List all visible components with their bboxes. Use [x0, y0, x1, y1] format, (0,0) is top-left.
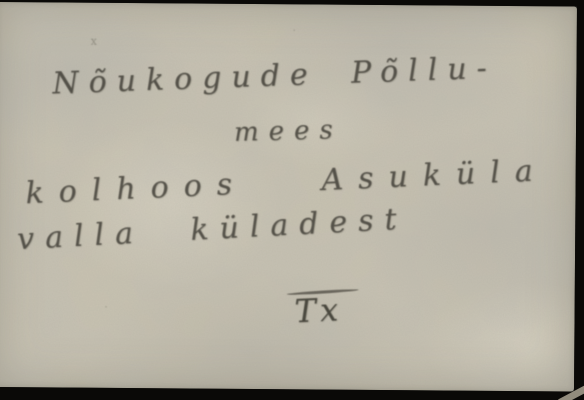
paper-speck: · — [105, 303, 108, 313]
signature: Tx — [294, 290, 343, 330]
paper-speck: x — [91, 35, 97, 48]
paper-speck: · — [293, 26, 296, 36]
handwriting-line-2: mees — [234, 115, 344, 148]
handwriting-line-1: Nõukogude Põllu- — [52, 51, 498, 102]
photo-frame: Nõukogude Põllu- mees kolhoos Asuküla va… — [0, 0, 584, 400]
handwriting-line-3: kolhoos Asuküla — [25, 153, 549, 211]
handwriting-line-4: valla küladest — [16, 201, 408, 257]
paper: Nõukogude Põllu- mees kolhoos Asuküla va… — [0, 2, 577, 392]
